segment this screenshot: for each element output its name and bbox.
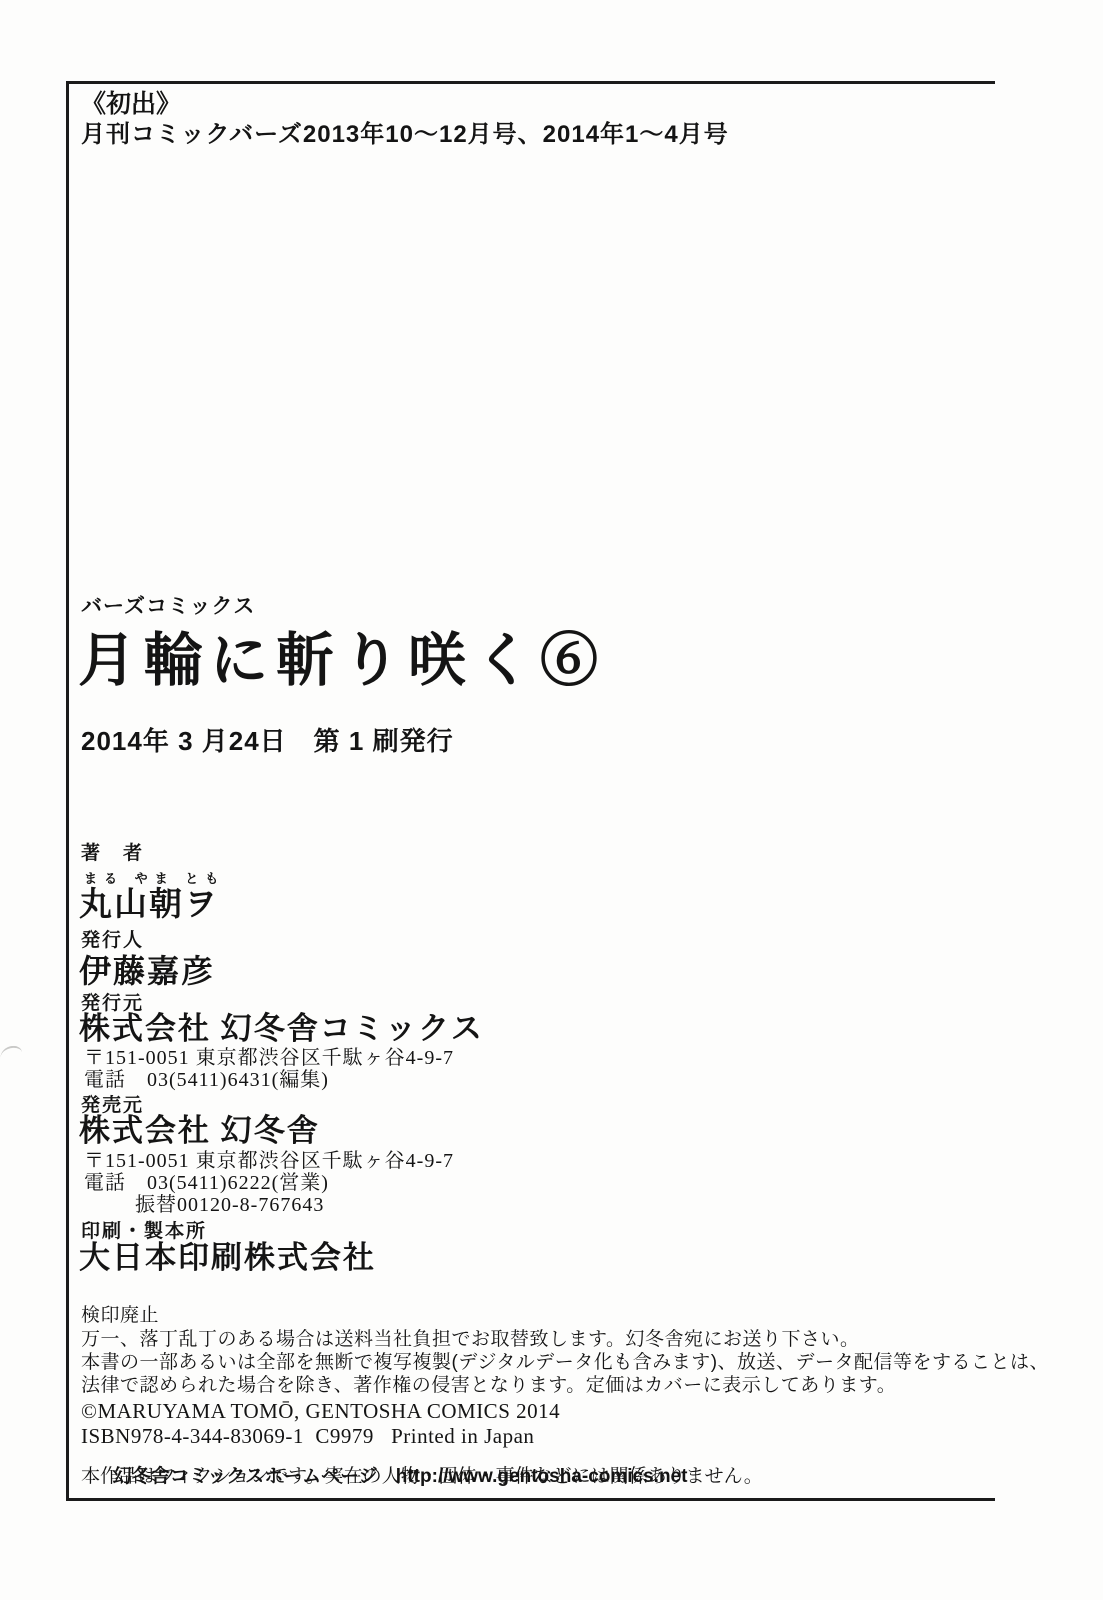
seller-phone: 電話 03(5411)6222(営業): [84, 1172, 329, 1195]
printer-name: 大日本印刷株式会社: [79, 1240, 376, 1276]
publisher-label: 発行人: [81, 930, 144, 952]
seller-postal-transfer: 振替00120-8-767643: [135, 1194, 324, 1217]
series-label: バーズコミックス: [81, 595, 255, 619]
replacement-notice: 万一、落丁乱丁のある場合は送料当社負担でお取替致します。幻冬舎宛にお送り下さい。: [81, 1329, 859, 1351]
issuer-phone: 電話 03(5411)6431(編集): [84, 1069, 329, 1092]
colophon-page: 《初出》 月刊コミックバーズ2013年10〜12月号、2014年1〜4月号 バー…: [0, 0, 1103, 1600]
author-name: 丸山朝ヲ: [79, 887, 219, 925]
copyright-credit: ©MARUYAMA TOMŌ, GENTOSHA COMICS 2014: [81, 1399, 560, 1423]
copyright-notice-line1: 本書の一部あるいは全部を無断で複写複製(デジタルデータ化も含みます)、放送、デー…: [81, 1352, 1049, 1374]
first-publication-label: 《初出》: [81, 90, 181, 119]
first-publication-issues: 月刊コミックバーズ2013年10〜12月号、2014年1〜4月号: [81, 121, 729, 149]
fiction-disclaimer: 本作品はフィクションです。実在の人物・団体・事件などには関係ありません。: [81, 1466, 763, 1488]
seller-address: 〒151-0051 東京都渋谷区千駄ヶ谷4-9-7: [84, 1150, 454, 1173]
seller-name: 株式会社 幻冬舎: [79, 1113, 320, 1149]
publisher-name: 伊藤嘉彦: [79, 953, 215, 990]
issuer-name: 株式会社 幻冬舎コミックス: [79, 1011, 484, 1047]
colophon-frame: 《初出》 月刊コミックバーズ2013年10〜12月号、2014年1〜4月号 バー…: [66, 81, 995, 1501]
inspection-stamp-note: 検印廃止: [81, 1305, 159, 1327]
issuer-address: 〒151-0051 東京都渋谷区千駄ヶ谷4-9-7: [84, 1047, 454, 1070]
edition-date: 2014年 3 月24日 第 1 刷発行: [81, 727, 454, 757]
book-title: 月輪に斬り咲く⑥: [78, 628, 606, 695]
author-label: 著 者: [81, 843, 144, 865]
scan-artifact-mark: [0, 1045, 22, 1059]
copyright-notice-line2: 法律で認められた場合を除き、著作権の侵害となります。定価はカバーに表示してありま…: [81, 1375, 896, 1397]
author-furigana: まる やま とも: [84, 872, 225, 887]
